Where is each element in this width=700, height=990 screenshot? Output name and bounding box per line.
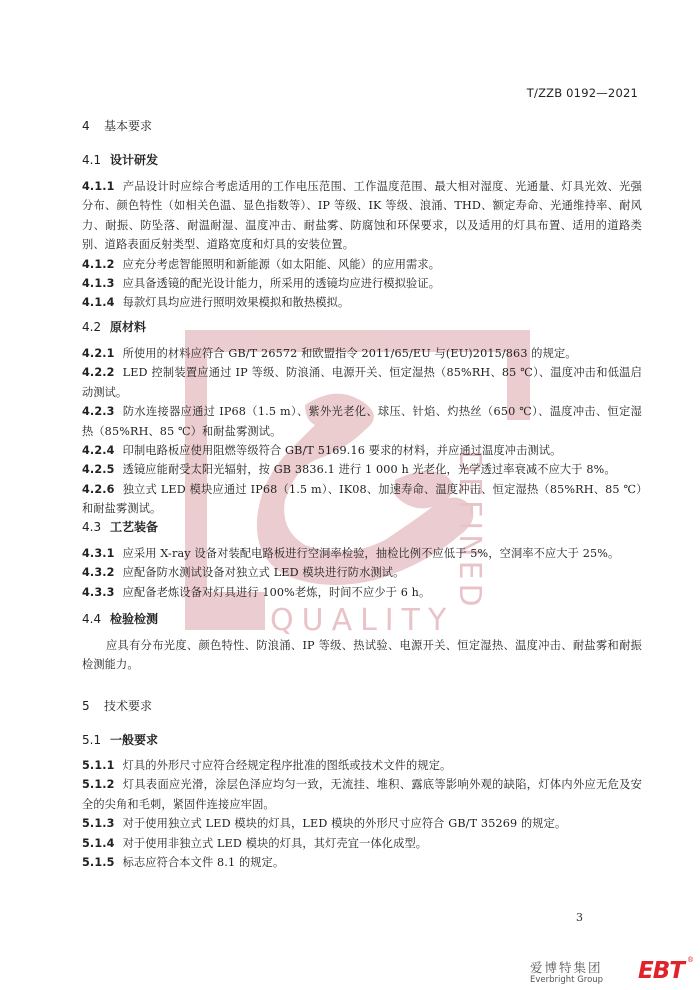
section-4-2-heading: 4.2原材料 xyxy=(82,318,642,335)
logo-english-name: Everbright Group xyxy=(530,975,603,985)
page-number: 3 xyxy=(576,911,583,924)
clause-4-1-3: 4.1.3应具备透镜的配光设计能力，所采用的透镜均应进行模拟验证。 xyxy=(82,274,642,293)
clause-5-1-5: 5.1.5标志应符合本文件 8.1 的规定。 xyxy=(82,853,642,872)
section-4-1-clauses: 4.1.1产品设计时应综合考虑适用的工作电压范围、工作温度范围、最大相对湿度、光… xyxy=(82,177,642,313)
section-5-heading: 5技术要求 xyxy=(82,697,642,714)
section-4-2-clauses: 4.2.1所使用的材料应符合 GB/T 26572 和欧盟指令 2011/65/… xyxy=(82,344,642,519)
clause-4-2-5: 4.2.5透镜应能耐受太阳光辐射，按 GB 3836.1 进行 1 000 h … xyxy=(82,460,642,479)
document-code: T/ZZB 0192—2021 xyxy=(527,86,638,100)
section-4-3-clauses: 4.3.1应采用 X-ray 设备对装配电路板进行空洞率检验，抽检比例不应低于 … xyxy=(82,544,642,602)
company-logo: 爱博特集团 Everbright Group EBT ® xyxy=(530,960,700,990)
section-4-3-heading: 4.3工艺装备 xyxy=(82,518,642,535)
clause-4-3-1: 4.3.1应采用 X-ray 设备对装配电路板进行空洞率检验，抽检比例不应低于 … xyxy=(82,544,642,563)
section-5-1-heading: 5.1一般要求 xyxy=(82,731,642,748)
clause-4-2-4: 4.2.4印制电路板应使用阻燃等级符合 GB/T 5169.16 要求的材料，并… xyxy=(82,441,642,460)
clause-4-2-6: 4.2.6独立式 LED 模块应通过 IP68（1.5 m）、IK08、加速寿命… xyxy=(82,480,642,519)
section-4-4-heading: 4.4检验检测 xyxy=(82,610,642,627)
section-4-4-body: 应具有分布光度、颜色特性、防浪涌、IP 等级、热试验、电源开关、恒定湿热、温度冲… xyxy=(82,636,642,675)
section-4-heading: 4基本要求 xyxy=(82,117,642,134)
clause-5-1-3: 5.1.3对于使用独立式 LED 模块的灯具，LED 模块的外形尺寸应符合 GB… xyxy=(82,814,642,833)
clause-4-2-1: 4.2.1所使用的材料应符合 GB/T 26572 和欧盟指令 2011/65/… xyxy=(82,344,642,363)
logo-chinese-name: 爱博特集团 xyxy=(530,958,603,976)
clause-4-1-1: 4.1.1产品设计时应综合考虑适用的工作电压范围、工作温度范围、最大相对湿度、光… xyxy=(82,177,642,255)
clause-4-1-2: 4.1.2应充分考虑智能照明和新能源（如太阳能、风能）的应用需求。 xyxy=(82,255,642,274)
clause-4-2-2: 4.2.2LED 控制装置应通过 IP 等级、防浪涌、电源开关、恒定湿热（85%… xyxy=(82,363,642,402)
section-4-1-heading: 4.1设计研发 xyxy=(82,151,642,168)
ebt-logo-icon: EBT xyxy=(638,958,684,984)
clause-5-1-1: 5.1.1灯具的外形尺寸应符合经规定程序批准的图纸或技术文件的规定。 xyxy=(82,756,642,775)
registered-mark-icon: ® xyxy=(687,956,694,964)
clause-4-1-4: 4.1.4每款灯具均应进行照明效果模拟和散热模拟。 xyxy=(82,293,642,312)
section-5-1-clauses: 5.1.1灯具的外形尺寸应符合经规定程序批准的图纸或技术文件的规定。 5.1.2… xyxy=(82,756,642,872)
clause-4-3-2: 4.3.2应配备防水测试设备对独立式 LED 模块进行防水测试。 xyxy=(82,563,642,582)
clause-5-1-4: 5.1.4对于使用非独立式 LED 模块的灯具，其灯壳宜一体化成型。 xyxy=(82,834,642,853)
clause-4-2-3: 4.2.3防水连接器应通过 IP68（1.5 m）、紫外光老化、球压、针焰、灼热… xyxy=(82,402,642,441)
clause-5-1-2: 5.1.2灯具表面应光滑，涂层色泽应均匀一致，无流挂、堆积、露底等影响外观的缺陷… xyxy=(82,775,642,814)
clause-4-3-3: 4.3.3应配备老炼设备对灯具进行 100%老炼，时间不应少于 6 h。 xyxy=(82,583,642,602)
